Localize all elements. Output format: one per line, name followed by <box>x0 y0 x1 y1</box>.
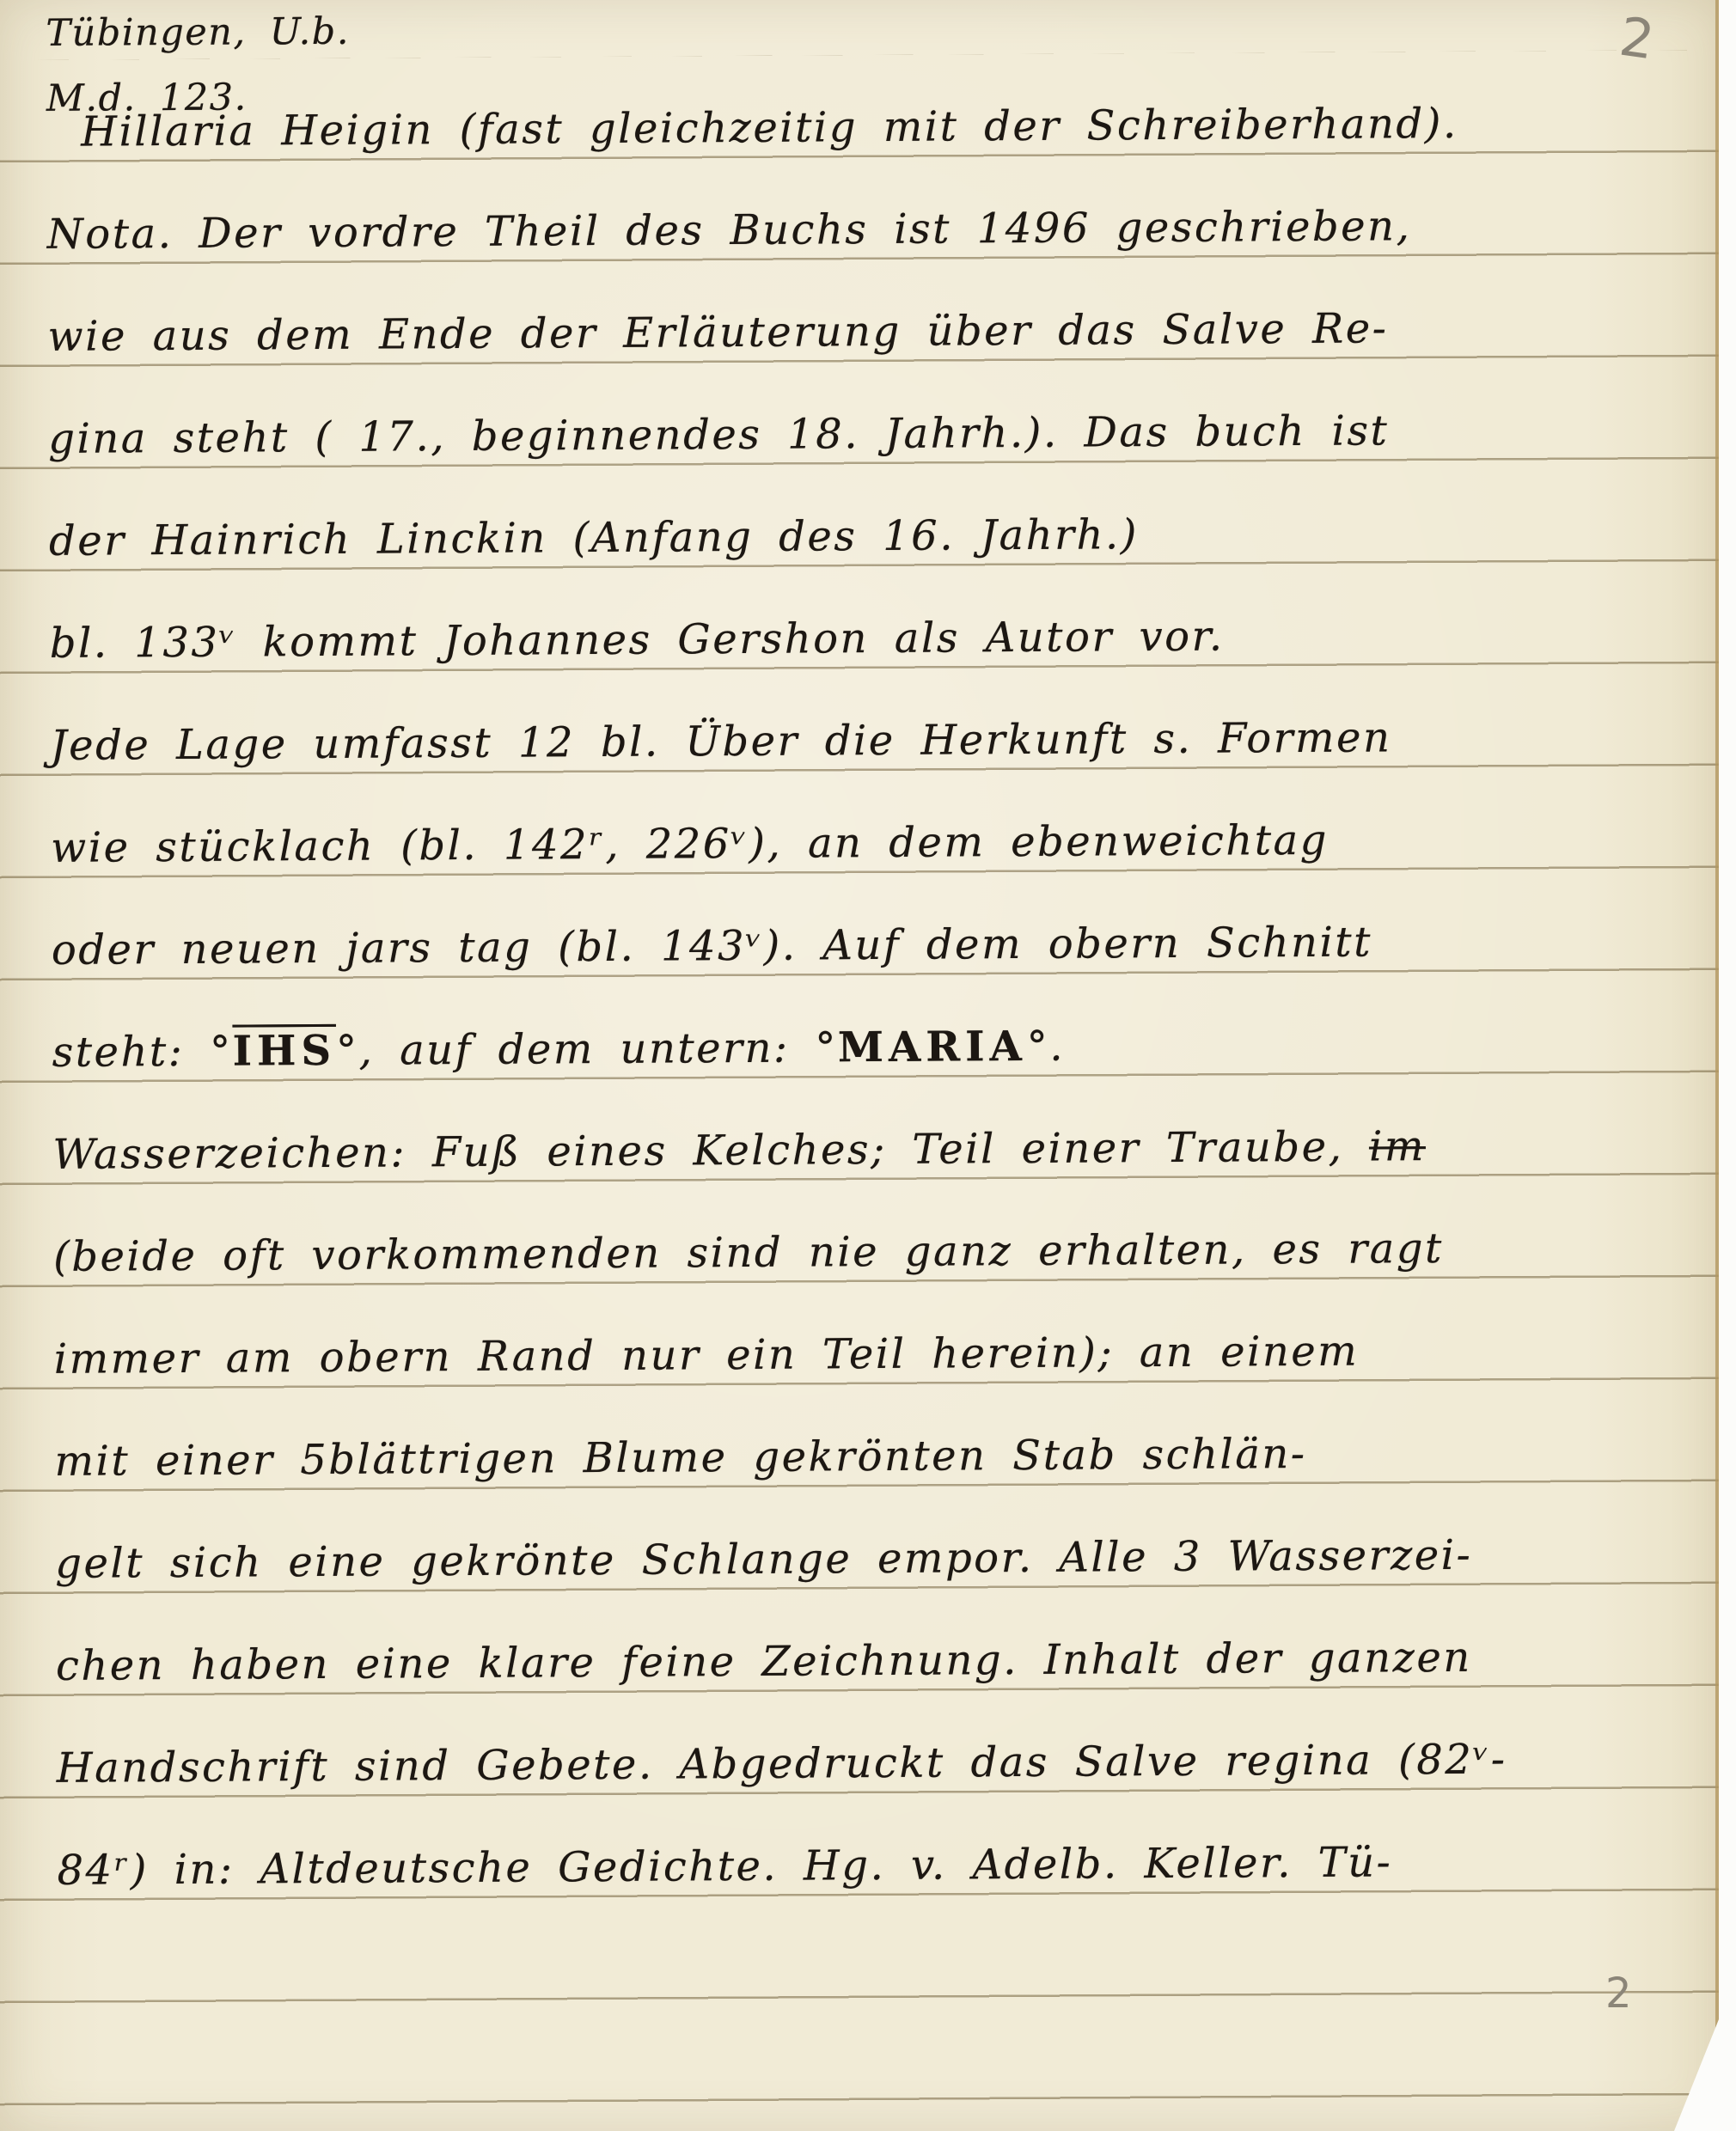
ihs-monogram: IHS <box>232 1027 336 1076</box>
page-number-bottom: 2 <box>1605 1969 1632 2018</box>
line-text: °. <box>1027 1023 1066 1071</box>
line-text: steht: ° <box>52 1028 232 1077</box>
line-text: Wasserzeichen: Fuß eines Kelches; Teil e… <box>52 1123 1369 1179</box>
scan-background <box>1719 0 1736 2131</box>
struck-word: im <box>1369 1122 1426 1170</box>
header-location: Tübingen, U.b. <box>46 3 1736 54</box>
handwriting-layer: Tübingen, U.b. M.d. 123. Hillaria Heigin… <box>0 0 1736 2131</box>
manuscript-line: Handschrift sind Gebete. Abgedruckt das … <box>57 1736 1736 1792</box>
maria-caps: MARIA <box>838 1023 1027 1072</box>
line-text: °, auf dem untern: ° <box>336 1023 838 1075</box>
manuscript-scan-page: Tübingen, U.b. M.d. 123. Hillaria Heigin… <box>0 0 1736 2131</box>
